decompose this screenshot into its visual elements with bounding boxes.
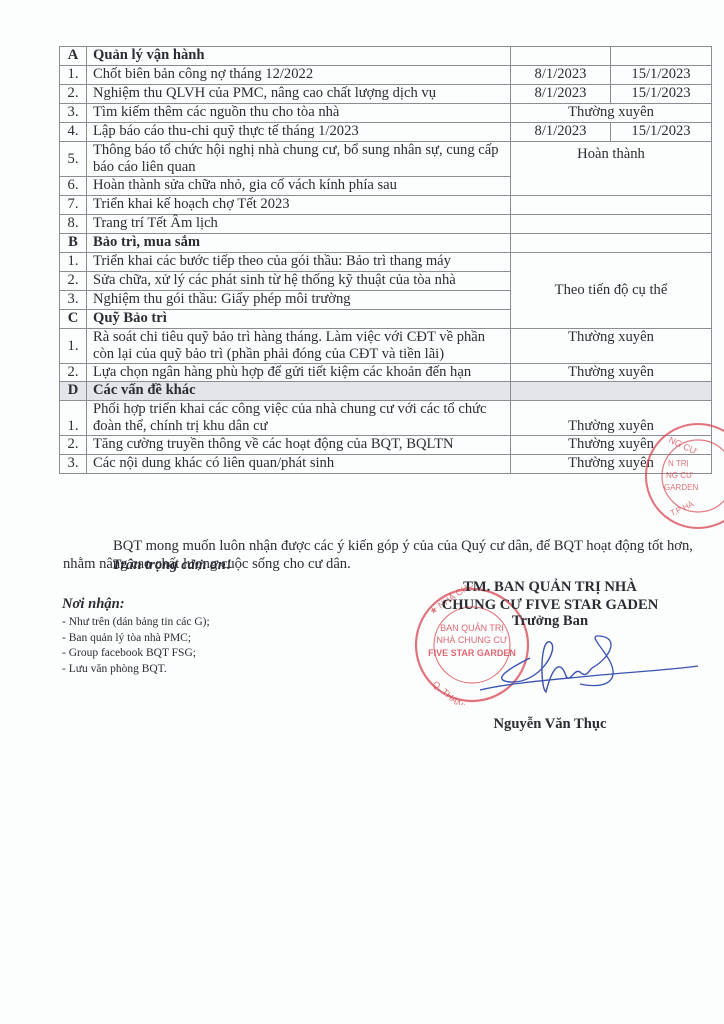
table-row: 5. Thông báo tổ chức hội nghị nhà chung … [60, 142, 712, 177]
svg-text:Q. THANH XUÂN: Q. THANH XUÂN [431, 679, 491, 705]
table-row: 1. Triển khai các bước tiếp theo của gói… [60, 253, 712, 272]
recipient-item: - Ban quản lý tòa nhà PMC; [62, 631, 210, 647]
status: Thường xuyên [511, 455, 712, 474]
recipients-title: Nơi nhận: [62, 596, 125, 613]
recipients-list: - Như trên (dán bảng tin các G); - Ban q… [62, 615, 210, 677]
status: Thường xuyên [511, 329, 712, 364]
svg-text:FIVE STAR GARDEN: FIVE STAR GARDEN [428, 648, 516, 658]
status: Thường xuyên [511, 364, 712, 382]
section-row-a: A Quản lý vận hành [60, 47, 712, 66]
status: Theo tiến độ cụ thể [511, 253, 712, 329]
svg-text:NHÀ CHUNG CƯ: NHÀ CHUNG CƯ [436, 635, 508, 645]
handwritten-signature-icon [470, 628, 700, 708]
work-plan-table: A Quản lý vận hành 1. Chốt biên bản công… [59, 46, 712, 474]
section-row-b: B Bảo trì, mua sắm [60, 234, 712, 253]
table-row: 7. Triển khai kế hoạch chợ Tết 2023 [60, 196, 712, 215]
section-code: B [60, 234, 87, 253]
status: Thường xuyên [511, 104, 712, 123]
signer-name: Nguyễn Văn Thục [410, 716, 690, 733]
svg-text:. T.P HÀ: . T.P HÀ [665, 499, 696, 520]
table-row: 2. Lựa chọn ngân hàng phù hợp để gửi tiế… [60, 364, 712, 382]
table-row: 8. Trang trí Tết Âm lịch [60, 215, 712, 234]
signature-role: Trưởng Ban [410, 613, 690, 630]
section-title: Các vấn đề khác [87, 382, 511, 401]
section-title: Quỹ Bảo trì [87, 310, 511, 329]
end-date: 15/1/2023 [611, 85, 712, 104]
table-row: 1. Chốt biên bản công nợ tháng 12/2022 8… [60, 66, 712, 85]
table-row: 2. Nghiệm thu QLVH của PMC, nâng cao chấ… [60, 85, 712, 104]
svg-text:GARDEN: GARDEN [664, 483, 698, 492]
status: Thường xuyên [511, 436, 712, 455]
thanks-line: Trân trọng cảm ơn! [112, 557, 232, 574]
recipient-item: - Group facebook BQT FSG; [62, 646, 210, 662]
table-row: 2. Tăng cường truyền thông về các hoạt đ… [60, 436, 712, 455]
signature-organization: TM. BAN QUẢN TRỊ NHÀ CHUNG CƯ FIVE STAR … [410, 578, 690, 614]
table-row: 1. Phối hợp triển khai các công việc của… [60, 401, 712, 436]
section-title: Quản lý vận hành [87, 47, 511, 66]
recipient-item: - Lưu văn phòng BQT. [62, 662, 210, 678]
table-row: 1. Rà soát chi tiêu quỹ bảo trì hàng thá… [60, 329, 712, 364]
recipient-item: - Như trên (dán bảng tin các G); [62, 615, 210, 631]
start-date: 8/1/2023 [511, 66, 611, 85]
table-row: 4. Lập báo cáo thu-chi quỹ thực tế tháng… [60, 123, 712, 142]
status: Thường xuyên [511, 401, 712, 436]
table-row: 3. Các nội dung khác có liên quan/phát s… [60, 455, 712, 474]
section-title: Bảo trì, mua sắm [87, 234, 511, 253]
section-code: A [60, 47, 87, 66]
end-date: 15/1/2023 [611, 123, 712, 142]
end-date: 15/1/2023 [611, 66, 712, 85]
start-date: 8/1/2023 [511, 123, 611, 142]
section-row-d: D Các vấn đề khác [60, 382, 712, 401]
section-code: C [60, 310, 87, 329]
table-row: 3. Tìm kiếm thêm các nguồn thu cho tòa n… [60, 104, 712, 123]
start-date: 8/1/2023 [511, 85, 611, 104]
status: Hoàn thành [511, 142, 712, 196]
section-code: D [60, 382, 87, 401]
